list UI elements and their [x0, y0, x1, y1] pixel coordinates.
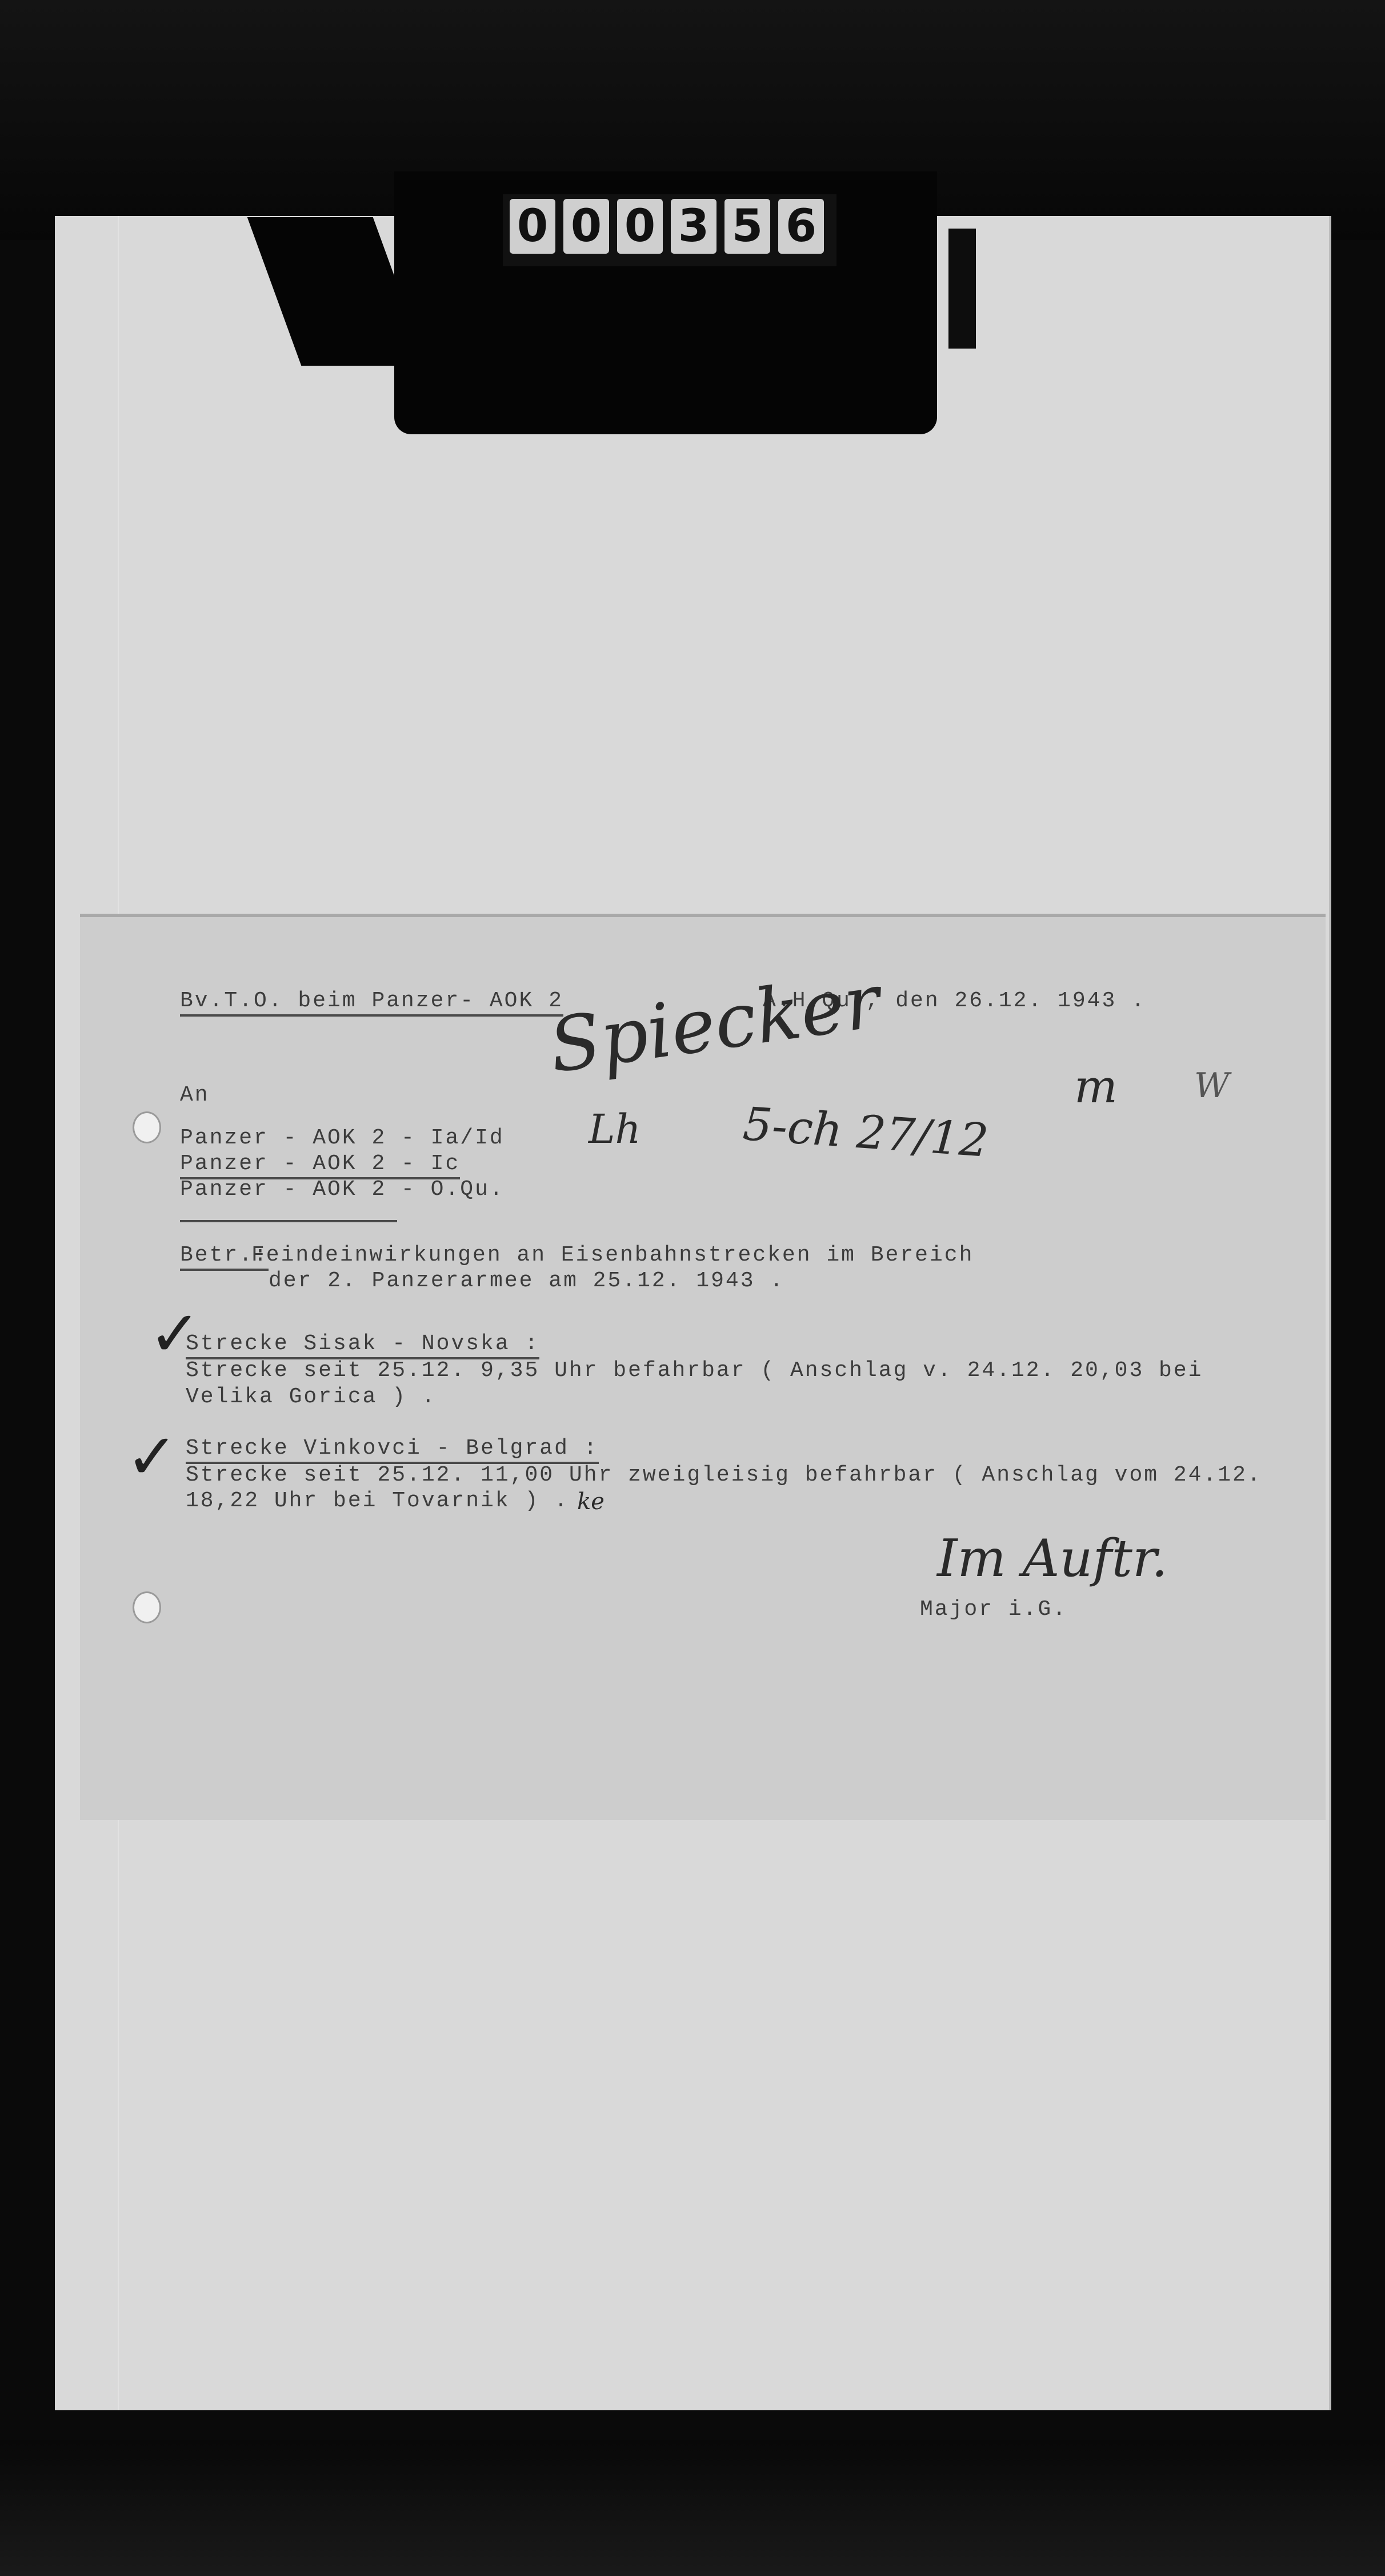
counter-digit: 0 — [617, 199, 663, 254]
section-line: 18,22 Uhr bei Tovarnik ) . — [186, 1489, 569, 1513]
handwritten-initials: Lh — [589, 1106, 641, 1153]
section-heading: Strecke Sisak - Novska : — [186, 1331, 539, 1359]
divider-rule — [180, 1220, 397, 1222]
counter-digit: 5 — [724, 199, 770, 254]
to-label: An — [180, 1083, 210, 1107]
counter-digit: 3 — [671, 199, 716, 254]
handwritten-mark: m — [1074, 1060, 1118, 1113]
handwritten-mark: W — [1194, 1066, 1230, 1106]
counter-tab — [948, 229, 976, 349]
memo-sheet: Bv.T.O. beim Panzer- AOK 2 A.H.Qu., den … — [80, 917, 1326, 1820]
typist-mark: ke — [577, 1489, 605, 1515]
film-border-bottom — [0, 2440, 1385, 2576]
recipient: Panzer - AOK 2 - O.Qu. — [180, 1177, 505, 1202]
frame-counter-display: 0 0 0 3 5 6 — [503, 194, 836, 266]
check-mark-icon: ✓ — [126, 1420, 178, 1493]
section-line: Velika Gorica ) . — [186, 1385, 437, 1409]
punch-hole-bottom — [133, 1591, 161, 1623]
section-line: Strecke seit 25.12. 9,35 Uhr befahrbar (… — [186, 1358, 1203, 1383]
counter-digit: 0 — [563, 199, 609, 254]
punch-hole-top — [133, 1111, 161, 1143]
counter-digit: 0 — [510, 199, 555, 254]
section-heading: Strecke Vinkovci - Belgrad : — [186, 1436, 599, 1464]
section-line: Strecke seit 25.12. 11,00 Uhr zweigleisi… — [186, 1463, 1262, 1487]
handwritten-annotation: Spiecker — [544, 957, 885, 1089]
counter-digit: 6 — [778, 199, 824, 254]
signature: Im Auftr. — [937, 1529, 1168, 1589]
subject-line-1: Feindeinwirkungen an Eisenbahnstrecken i… — [251, 1243, 974, 1267]
subject-line-2: der 2. Panzerarmee am 25.12. 1943 . — [269, 1269, 784, 1293]
handwritten-date: 5-ch 27/12 — [741, 1097, 990, 1167]
sender-line: Bv.T.O. beim Panzer- AOK 2 — [180, 989, 563, 1017]
recipient: Panzer - AOK 2 - Ia/Id — [180, 1126, 505, 1150]
recipient: Panzer - AOK 2 - Ic — [180, 1151, 460, 1179]
signature-title: Major i.G. — [920, 1597, 1067, 1622]
